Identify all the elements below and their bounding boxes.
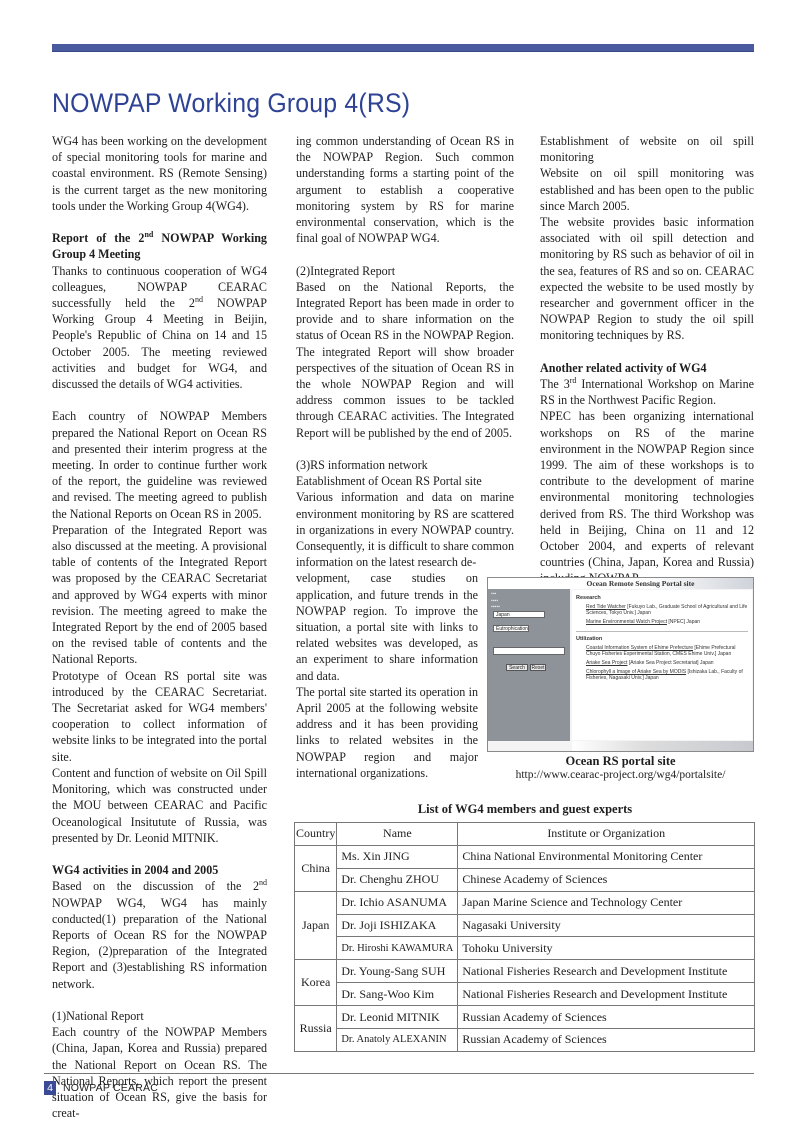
- org-cell: Russian Academy of Sciences: [458, 1029, 755, 1052]
- subheading-oil-spill: Establishment of website on oil spill mo…: [540, 133, 754, 165]
- column-2: ing common understanding of Ocean RS in …: [296, 133, 514, 781]
- org-cell: Chinese Academy of Sciences: [458, 868, 755, 891]
- paragraph: velopment, case studies on application, …: [296, 570, 478, 683]
- intro-paragraph: WG4 has been working on the development …: [52, 133, 267, 214]
- org-cell: Nagasaki University: [458, 914, 755, 937]
- name-cell: Dr. Sang-Woo Kim: [337, 983, 458, 1006]
- reset-button: Reset: [530, 664, 546, 671]
- table-row: Dr. Chenghu ZHOU Chinese Academy of Scie…: [295, 868, 755, 891]
- research-link: Red Tide Watcher [Fukuyo Lab., Graduate …: [586, 604, 748, 616]
- paragraph: Thanks to continuous cooperation of WG4 …: [52, 263, 267, 393]
- section-heading-related-activity: Another related activity of WG4: [540, 360, 754, 376]
- paragraph: NPEC has been organizing international w…: [540, 408, 754, 586]
- header-country: Country: [295, 823, 337, 846]
- link-desc: [Ariake Sea Project Secretariat] Japan: [629, 660, 714, 666]
- name-cell: Dr. Anatoly ALEXANIN: [337, 1029, 458, 1052]
- utilization-heading: Utilization: [576, 636, 748, 642]
- divider: [576, 631, 748, 632]
- paragraph: Various information and data on marine e…: [296, 489, 514, 570]
- sidebar-label: ▪▪▪▪▪: [491, 604, 500, 610]
- table-title: List of WG4 members and guest experts: [296, 802, 754, 817]
- table-row: Dr. Anatoly ALEXANIN Russian Academy of …: [295, 1029, 755, 1052]
- link-text: Marine Environmental Watch Project: [586, 619, 667, 625]
- name-cell: Dr. Ichio ASANUMA: [337, 891, 458, 914]
- paragraph: The 3rd International Workshop on Marine…: [540, 376, 754, 408]
- section-heading-activities: WG4 activities in 2004 and 2005: [52, 862, 267, 878]
- org-cell: National Fisheries Research and Developm…: [458, 983, 755, 1006]
- header-accent-bar: [52, 44, 754, 52]
- country-cell: Japan: [295, 891, 337, 960]
- section-heading-meeting: Report of the 2nd NOWPAP Working Group 4…: [52, 230, 267, 262]
- sup: nd: [195, 295, 203, 304]
- table-row: Dr. Joji ISHIZAKA Nagasaki University: [295, 914, 755, 937]
- link-text: Ariake Sea Project: [586, 660, 627, 666]
- subheading-rs-network: (3)RS information network: [296, 457, 514, 473]
- name-cell: Ms. Xin JING: [337, 845, 458, 868]
- country-select: Japan: [493, 611, 545, 618]
- utilization-link: Coastal Information System of Ehime Pref…: [586, 645, 748, 657]
- portal-site-screenshot: Ocean Remote Sensing Portal site ▪▪▪ ▪▪▪…: [487, 577, 754, 752]
- text: NOWPAP WG4, WG4 has mainly conducted(1) …: [52, 896, 267, 991]
- org-cell: National Fisheries Research and Developm…: [458, 960, 755, 983]
- paragraph: The portal site started its operation in…: [296, 684, 478, 781]
- country-cell: China: [295, 845, 337, 891]
- subheading-integrated-report: (2)Integrated Report: [296, 263, 514, 279]
- paragraph: Preparation of the Integrated Report was…: [52, 522, 267, 668]
- paragraph: Prototype of Ocean RS portal site was in…: [52, 668, 267, 765]
- name-cell: Dr. Hiroshi KAWAMURA: [337, 937, 458, 960]
- name-cell: Dr. Young-Sang SUH: [337, 960, 458, 983]
- portal-sidebar: ▪▪▪ ▪▪▪▪ ▪▪▪▪▪ Japan Eutrophication Sear…: [488, 589, 570, 741]
- table-row: Russia Dr. Leonid MITNIK Russian Academy…: [295, 1006, 755, 1029]
- page-title: NOWPAP Working Group 4(RS): [52, 88, 410, 119]
- utilization-link: Chlorophyll a Image of Ariake Sea by MOD…: [586, 669, 748, 681]
- sidebar-label: ▪▪▪: [491, 591, 496, 597]
- figure-caption-url: http://www.cearac-project.org/wg4/portal…: [487, 769, 754, 781]
- header-name: Name: [337, 823, 458, 846]
- name-cell: Dr. Chenghu ZHOU: [337, 868, 458, 891]
- country-cell: Korea: [295, 960, 337, 1006]
- research-heading: Research: [576, 595, 748, 601]
- country-cell: Russia: [295, 1006, 337, 1052]
- paragraph: Based on the National Reports, the Integ…: [296, 279, 514, 441]
- subheading-portal-establishment: Eatablishment of Ocean RS Portal site: [296, 473, 514, 489]
- text: Based on the discussion of the 2: [52, 879, 259, 893]
- utilization-link: Ariake Sea Project [Ariake Sea Project S…: [586, 660, 748, 666]
- table-row: Dr. Sang-Woo Kim National Fisheries Rese…: [295, 983, 755, 1006]
- org-cell: Japan Marine Science and Technology Cent…: [458, 891, 755, 914]
- text: The 3: [540, 377, 570, 391]
- table-row: China Ms. Xin JING China National Enviro…: [295, 845, 755, 868]
- org-cell: Tohoku University: [458, 937, 755, 960]
- paragraph: Based on the discussion of the 2nd NOWPA…: [52, 878, 267, 991]
- research-link: Marine Environmental Watch Project [NPEC…: [586, 619, 748, 625]
- link-desc: [NPEC] Japan: [668, 619, 700, 625]
- org-cell: Russian Academy of Sciences: [458, 1006, 755, 1029]
- paragraph: Content and function of website on Oil S…: [52, 765, 267, 846]
- name-cell: Dr. Leonid MITNIK: [337, 1006, 458, 1029]
- footer-rule: [44, 1073, 754, 1074]
- subheading-national-report: (1)National Report: [52, 1008, 267, 1024]
- paragraph: ing common understanding of Ocean RS in …: [296, 133, 514, 246]
- footer-publication: NOWPAP CEARAC: [63, 1082, 158, 1094]
- figure-caption-title: Ocean RS portal site: [487, 754, 754, 769]
- portal-footer-bar: [572, 741, 753, 751]
- search-button: Search: [506, 664, 528, 671]
- sup: nd: [259, 878, 267, 887]
- paragraph: Website on oil spill monitoring was esta…: [540, 165, 754, 214]
- name-cell: Dr. Joji ISHIZAKA: [337, 914, 458, 937]
- keyword-input: [493, 647, 565, 655]
- heading-text: Report of the 2: [52, 231, 144, 245]
- table-row: Dr. Hiroshi KAWAMURA Tohoku University: [295, 937, 755, 960]
- column-1: WG4 has been working on the development …: [52, 133, 267, 1121]
- portal-header: Ocean Remote Sensing Portal site: [488, 578, 753, 589]
- org-cell: China National Environmental Monitoring …: [458, 845, 755, 868]
- paragraph: Each country of NOWPAP Members prepared …: [52, 408, 267, 521]
- narrow-text-wrap: velopment, case studies on application, …: [296, 570, 478, 781]
- table-header-row: Country Name Institute or Organization: [295, 823, 755, 846]
- text: NOWPAP Working Group 4 Meeting in Beijin…: [52, 296, 267, 391]
- table-row: Japan Dr. Ichio ASANUMA Japan Marine Sci…: [295, 891, 755, 914]
- paragraph: The website provides basic information a…: [540, 214, 754, 344]
- column-3: Establishment of website on oil spill mo…: [540, 133, 754, 587]
- table-row: Korea Dr. Young-Sang SUH National Fisher…: [295, 960, 755, 983]
- category-select: Eutrophication: [493, 625, 529, 632]
- page-number-badge: 4: [44, 1081, 56, 1095]
- portal-main-content: Research Red Tide Watcher [Fukuyo Lab., …: [572, 590, 752, 740]
- members-table: Country Name Institute or Organization C…: [294, 822, 755, 1052]
- header-organization: Institute or Organization: [458, 823, 755, 846]
